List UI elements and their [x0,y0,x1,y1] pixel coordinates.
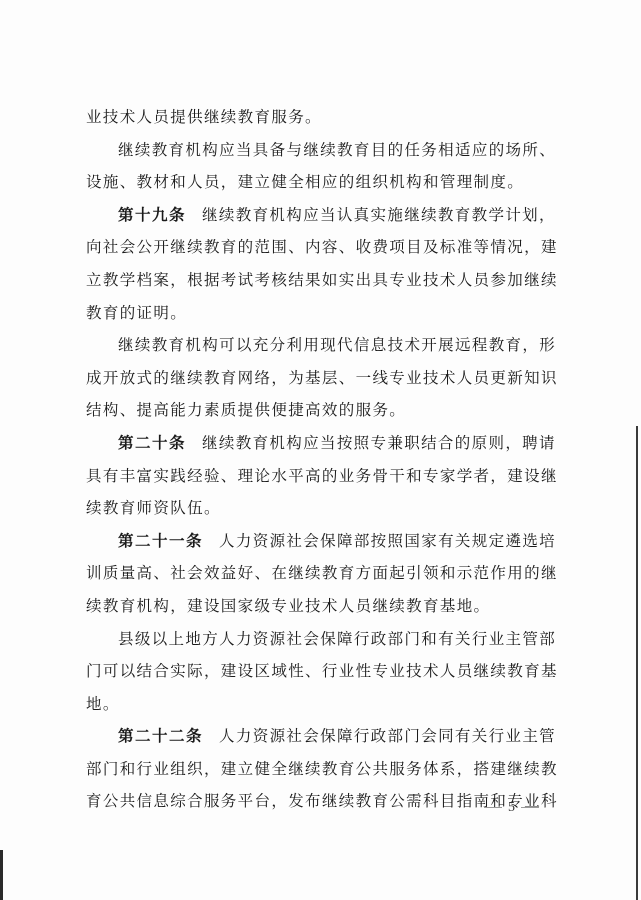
line-text: 续教育师资队伍。 [86,499,221,517]
text-line: 继续教育机构应当具备与继续教育目的任务相适应的场所、 [86,134,566,167]
line-text: 结构、提高能力素质提供便捷高效的服务。 [86,401,406,419]
page-number-value: 5 [508,800,515,815]
line-text: 人力资源社会保障部按照国家有关规定遴选培 [219,532,556,550]
text-line: 继续教育机构可以充分利用现代信息技术开展远程教育，形 [86,329,566,362]
line-text: 继续教育机构应当认真实施继续教育教学计划， [202,206,556,224]
text-line: 地。 [86,688,566,721]
text-line: 具有丰富实践经验、理论水平高的业务骨干和专家学者，建设继 [86,460,566,493]
line-text: 具有丰富实践经验、理论水平高的业务骨干和专家学者，建设继 [86,467,558,485]
line-text: 人力资源社会保障行政部门会同有关行业主管 [219,727,556,745]
text-line: 设施、教材和人员，建立健全相应的组织机构和管理制度。 [86,166,566,199]
scan-edge-left [0,850,3,900]
body-text: 业技术人员提供继续教育服务。 继续教育机构应当具备与继续教育目的任务相适应的场所… [86,101,566,818]
line-text: 门可以结合实际，建设区域性、行业性专业技术人员继续教育基 [86,662,558,680]
text-line: 业技术人员提供继续教育服务。 [86,101,566,134]
document-page: 业技术人员提供继续教育服务。 继续教育机构应当具备与继续教育目的任务相适应的场所… [0,0,641,900]
line-text: 继续教育机构可以充分利用现代信息技术开展远程教育，形 [118,336,556,354]
article-number: 第二十一条 [118,532,203,550]
article-19-heading-line: 第十九条继续教育机构应当认真实施继续教育教学计划， [86,199,566,232]
text-line: 立教学档案，根据考试考核结果如实出具专业技术人员参加继续 [86,264,566,297]
line-text: 成开放式的继续教育网络，为基层、一线专业技术人员更新知识 [86,369,558,387]
line-text: 向社会公开继续教育的范围、内容、收费项目及标准等情况，建 [86,238,558,256]
line-text: 部门和行业组织，建立健全继续教育公共服务体系，搭建继续教 [86,760,558,778]
text-line: 续教育师资队伍。 [86,492,566,525]
text-line: 结构、提高能力素质提供便捷高效的服务。 [86,394,566,427]
article-number: 第二十二条 [118,727,203,745]
article-22-heading-line: 第二十二条人力资源社会保障行政部门会同有关行业主管 [86,720,566,753]
text-line: 训质量高、社会效益好、在继续教育方面起引领和示范作用的继 [86,557,566,590]
line-text: 教育的证明。 [86,304,187,322]
text-line: 成开放式的继续教育网络，为基层、一线专业技术人员更新知识 [86,362,566,395]
line-text: 训质量高、社会效益好、在继续教育方面起引领和示范作用的继 [86,564,558,582]
text-line: 县级以上地方人力资源社会保障行政部门和有关行业主管部 [86,623,566,656]
page-number-dash-left [484,807,502,808]
text-line: 门可以结合实际，建设区域性、行业性专业技术人员继续教育基 [86,655,566,688]
text-line: 教育的证明。 [86,297,566,330]
text-line: 续教育机构，建设国家级专业技术人员继续教育基地。 [86,590,566,623]
line-text: 业技术人员提供继续教育服务。 [86,108,322,126]
article-20-heading-line: 第二十条继续教育机构应当按照专兼职结合的原则，聘请 [86,427,566,460]
article-21-heading-line: 第二十一条人力资源社会保障部按照国家有关规定遴选培 [86,525,566,558]
line-text: 设施、教材和人员，建立健全相应的组织机构和管理制度。 [86,173,524,191]
page-number: 5 [478,800,545,816]
article-number: 第二十条 [118,434,186,452]
line-text: 继续教育机构应当按照专兼职结合的原则，聘请 [202,434,556,452]
line-text: 立教学档案，根据考试考核结果如实出具专业技术人员参加继续 [86,271,558,289]
text-line: 向社会公开继续教育的范围、内容、收费项目及标准等情况，建 [86,231,566,264]
page-number-dash-right [521,807,539,808]
scan-edge-right [636,426,638,900]
text-line: 部门和行业组织，建立健全继续教育公共服务体系，搭建继续教 [86,753,566,786]
article-number: 第十九条 [118,206,186,224]
line-text: 继续教育机构应当具备与继续教育目的任务相适应的场所、 [118,141,556,159]
line-text: 续教育机构，建设国家级专业技术人员继续教育基地。 [86,597,490,615]
line-text: 县级以上地方人力资源社会保障行政部门和有关行业主管部 [118,630,556,648]
line-text: 地。 [86,695,120,713]
